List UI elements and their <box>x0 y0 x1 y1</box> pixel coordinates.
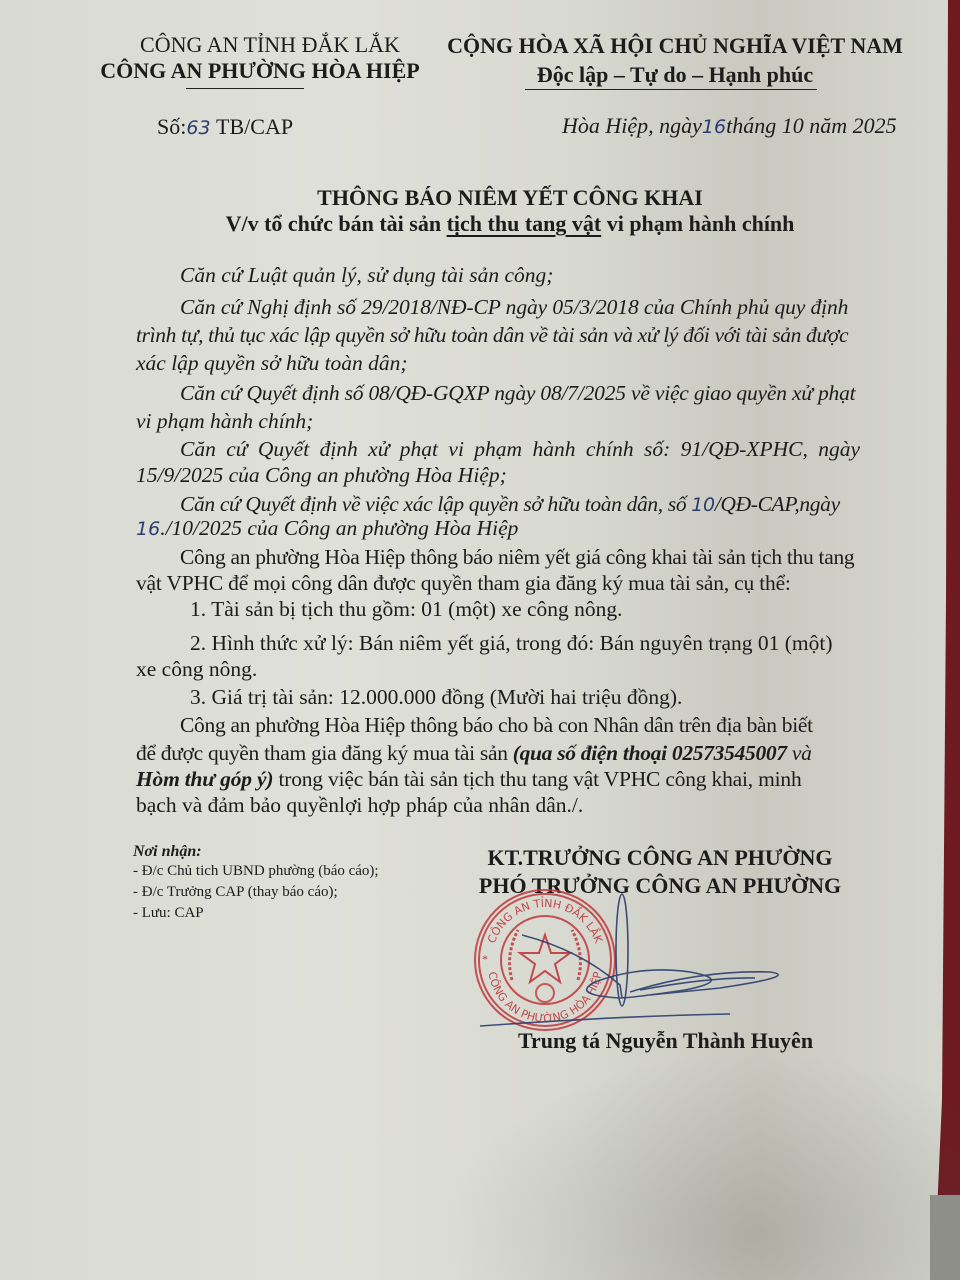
item-1: 1. Tài sản bị tịch thu gồm: 01 (một) xe … <box>190 596 623 622</box>
place-date-prefix: Hòa Hiệp, ngày <box>562 113 702 138</box>
place-date: Hòa Hiệp, ngày16tháng 10 năm 2025 <box>562 113 897 140</box>
recipient-2: - Đ/c Trưởng CAP (thay báo cáo); <box>133 883 338 902</box>
closing-line-3-suffix: trong việc bán tài sản tịch thu tang vật… <box>273 767 801 791</box>
legal-basis-5-line-1: Căn cứ Quyết định về việc xác lập quyền … <box>180 491 840 518</box>
legal-basis-3-line-1: Căn cứ Quyết định số 08/QĐ-GQXP ngày 08/… <box>180 380 855 406</box>
motto-underline <box>525 89 817 90</box>
document-title: THÔNG BÁO NIÊM YẾT CÔNG KHAI <box>160 185 860 211</box>
legal-basis-2-line-3: xác lập quyền sở hữu toàn dân; <box>136 350 408 376</box>
legal-basis-3-line-2: vi phạm hành chính; <box>136 408 313 434</box>
number-prefix: Số: <box>157 114 186 139</box>
decision-day-handwritten: 16 <box>136 518 160 540</box>
announcement-intro-line-2: vật VPHC để mọi công dân được quyền tham… <box>136 570 791 596</box>
item-3: 3. Giá trị tài sản: 12.000.000 đồng (Mườ… <box>190 684 682 710</box>
recipients-heading: Nơi nhận: <box>133 842 202 861</box>
legal-basis-1: Căn cứ Luật quản lý, sử dụng tài sản côn… <box>180 262 553 288</box>
signer-name: Trung tá Nguyễn Thành Huyên <box>518 1028 813 1054</box>
feedback-box: Hòm thư góp ý) <box>136 767 273 791</box>
contact-phone: (qua số điện thoại 02573545007 <box>513 741 787 765</box>
legal-basis-2-line-1: Căn cứ Nghị định số 29/2018/NĐ-CP ngày 0… <box>180 294 848 320</box>
item-2-line-2: xe công nông. <box>136 656 257 682</box>
announcement-intro-line-1: Công an phường Hòa Hiệp thông báo niêm y… <box>180 544 854 570</box>
place-date-suffix: tháng 10 năm 2025 <box>726 113 897 138</box>
subject-prefix: V/v tổ chức bán tài sản <box>226 211 447 236</box>
subject-suffix: vi phạm hành chính <box>601 211 794 236</box>
closing-line-2-and: và <box>787 741 812 765</box>
signature-title-1: KT.TRƯỞNG CÔNG AN PHƯỜNG <box>450 845 870 871</box>
closing-line-2-prefix: để được quyền tham gia đăng ký mua tài s… <box>136 741 513 765</box>
background-floor <box>930 1195 960 1280</box>
document-number: Số:63 TB/CAP <box>157 114 293 141</box>
legal-basis-2-line-2: trình tự, thủ tục xác lập quyền sở hữu t… <box>136 322 848 348</box>
closing-line-3: Hòm thư góp ý) trong việc bán tài sản tị… <box>136 766 802 792</box>
legal-basis-4-line-1: Căn cứ Quyết định xử phạt vi phạm hành c… <box>180 436 860 462</box>
nation-title: CỘNG HÒA XÃ HỘI CHỦ NGHĨA VIỆT NAM <box>425 33 925 59</box>
legal-basis-5-line-2-text: ./10/2025 của Công an phường Hòa Hiệp <box>160 516 518 540</box>
agency-parent: CÔNG AN TỈNH ĐẮK LẮK <box>100 32 440 58</box>
agency-underline <box>186 88 304 89</box>
day-handwritten: 16 <box>702 116 726 138</box>
item-2-line-1: 2. Hình thức xử lý: Bán niêm yết giá, tr… <box>190 630 833 656</box>
legal-basis-5-text: Căn cứ Quyết định về việc xác lập quyền … <box>180 492 691 516</box>
agency-name-text: CÔNG AN PHƯỜNG HÒA HIỆP <box>100 58 419 83</box>
paper-shadow <box>440 1050 960 1280</box>
motto-text: Độc lập – Tự do – Hạnh phúc <box>537 62 813 87</box>
decision-number-handwritten: 10 <box>691 494 714 516</box>
number-suffix: TB/CAP <box>216 114 293 139</box>
document-subject: V/v tổ chức bán tài sản tịch thu tang vậ… <box>160 211 860 237</box>
closing-line-4: bạch và đảm bảo quyềnlợi hợp pháp của nh… <box>136 792 583 818</box>
recipient-1: - Đ/c Chủ tich UBND phường (báo cáo); <box>133 862 379 881</box>
subject-underlined: tịch thu tang vật <box>447 211 602 236</box>
decision-number-suffix: /QĐ-CAP,ngày <box>715 492 840 516</box>
signature-scribble-icon <box>470 880 890 1040</box>
legal-basis-4-line-2: 15/9/2025 của Công an phường Hòa Hiệp; <box>136 462 507 488</box>
agency-name: CÔNG AN PHƯỜNG HÒA HIỆP <box>60 58 460 84</box>
recipient-3: - Lưu: CAP <box>133 904 204 923</box>
legal-basis-5-line-2: 16./10/2025 của Công an phường Hòa Hiệp <box>136 515 518 542</box>
closing-line-1: Công an phường Hòa Hiệp thông báo cho bà… <box>180 712 813 738</box>
number-handwritten: 63 <box>186 117 210 139</box>
closing-line-2: để được quyền tham gia đăng ký mua tài s… <box>136 740 812 766</box>
motto: Độc lập – Tự do – Hạnh phúc <box>425 62 925 88</box>
